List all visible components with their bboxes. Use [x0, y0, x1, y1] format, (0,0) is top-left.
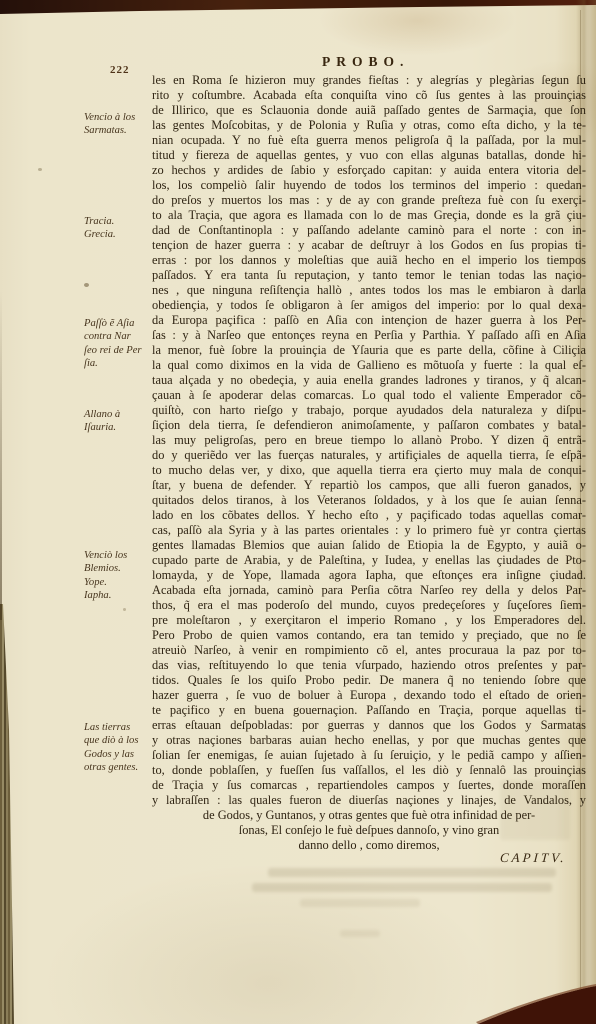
margin-note-line: Allano à	[84, 408, 150, 421]
text-line: la menor, fuè ſobre la prouinçia de Yſau…	[152, 343, 586, 358]
text-line: erras : por los dannos y moleſtias que a…	[152, 253, 586, 268]
text-line: das vias, reſtituyendo lo que tenia vſur…	[152, 658, 586, 673]
text-line: taua alçada y no obedeçia, y auia enella…	[152, 373, 586, 388]
margin-notes-column: Vencio à losSarmatas. Tracia.Grecia. Paſ…	[0, 0, 150, 1024]
text-line: erras eſtauan deſpobladas: por guerras y…	[152, 718, 586, 733]
text-line: da Europa paçifica : paſſò en Aſia con i…	[152, 313, 586, 328]
text-line: quiſtò, con harto rieſgo y trabajo, porq…	[152, 403, 586, 418]
text-line: las muy peligroſas, pero en breue tiempo…	[152, 433, 586, 448]
text-line: pre moleſtaron , y exerçitaron el imperi…	[152, 613, 586, 628]
margin-note-thrace-greece: Tracia.Grecia.	[84, 215, 150, 242]
margin-note-line: Godos y las	[84, 748, 150, 761]
margin-note-line: Sarmatas.	[84, 124, 150, 137]
margin-note-line: Venciò los	[84, 549, 150, 562]
text-line: las gentes Moſcobitas, y de Polonia y Ru…	[152, 118, 586, 133]
text-line: atreuiò Narſeo, à venir en rompimiento c…	[152, 643, 586, 658]
text-line: la qual como diximos en la vida de Galli…	[152, 358, 586, 373]
text-line: thos, q̃ era el mas poderoſo del mundo, …	[152, 598, 586, 613]
text-line: lado en los cõbates dellos. Y hecho eſto…	[152, 508, 586, 523]
margin-note-line: Tracia.	[84, 215, 150, 228]
text-line: ſonas, El conſejo le fuè deſpues dannoſo…	[152, 823, 586, 838]
margin-note-blemios: Venciò losBlemios.Yope.Iapha.	[84, 549, 150, 603]
margin-note-lands-goths: Las tierrasque diò à losGodos y lasotras…	[84, 721, 150, 775]
margin-note-line: Blemios.	[84, 562, 150, 575]
text-line: nian ocupada. Y no fuè eſta guerra menos…	[152, 133, 586, 148]
text-line: çauan à ſe apoderar delas comarcas. Lo q…	[152, 388, 586, 403]
margin-note-line: Paſſò ẽ Aſia	[84, 317, 150, 330]
text-line: y otras naçiones barbaras auian hecho en…	[152, 733, 586, 748]
text-line: to ala Traçia, que agora es llamada con …	[152, 208, 586, 223]
margin-note-asia-narseo: Paſſò ẽ Aſiacontra Narſeo rei de Perſia.	[84, 317, 150, 371]
text-line: cupado parte de Arabia, y de Paleſtina, …	[152, 553, 586, 568]
text-line: tidos. Quales ſe los quiſo Probo pedir. …	[152, 673, 586, 688]
text-line: do y queriẽdo ver las fuerças naturales,…	[152, 448, 586, 463]
text-line: to mucho delas ver, y dixo, que aquella …	[152, 463, 586, 478]
text-line: to, donde poblaſſen, y fueſſen ſus vaſſa…	[152, 763, 586, 778]
text-line: de Traçia y ſus comarcas , repartiendole…	[152, 778, 586, 793]
text-line: tençion de hazer guerra : y acabar de de…	[152, 238, 586, 253]
text-line: hazer guerra , ſe vuo de boluer à Europa…	[152, 688, 586, 703]
margin-note-isauria: Allano àIſauria.	[84, 408, 150, 435]
text-line: obediençia, y todos ſe obligaron à ſer a…	[152, 298, 586, 313]
text-line: rito y coſtumbre. Acabada eſta conquiſta…	[152, 88, 586, 103]
running-title: PROBO.	[322, 54, 409, 70]
margin-note-line: Iapha.	[84, 589, 150, 602]
body-text: les en Roma ſe hizieron muy grandes fieſ…	[152, 73, 586, 853]
margin-note-sarmatians: Vencio à losSarmatas.	[84, 111, 150, 138]
margin-note-line: ſia.	[84, 357, 150, 370]
margin-note-line: contra Nar	[84, 330, 150, 343]
margin-note-line: Vencio à los	[84, 111, 150, 124]
margin-note-line: Yope.	[84, 576, 150, 589]
text-line: les en Roma ſe hizieron muy grandes fieſ…	[152, 73, 586, 88]
text-line: de Godos, y Guntanos, y otras gentes que…	[152, 808, 586, 823]
binding-corner-bottom-right	[468, 980, 596, 1024]
text-line: y labraſſen : las quales fueron de diuer…	[152, 793, 586, 808]
text-line: nes , que ninguna reſiſtençia hallò , an…	[152, 283, 586, 298]
text-line: quitados delos tiranos, à los Veteranos …	[152, 493, 586, 508]
text-line: paſſados. Y era tanta ſu reputaçion, y t…	[152, 268, 586, 283]
text-line: cas, paſſò ala Syria y à las partes orie…	[152, 523, 586, 538]
catchword: CAPITV.	[499, 850, 567, 866]
text-line: zo hechos y ardides de ſabio y esforçado…	[152, 163, 586, 178]
margin-note-line: Iſauria.	[84, 421, 150, 434]
text-line: gentes llamadas Blemios que auian ſalido…	[152, 538, 586, 553]
book-page-scan: 222 PROBO. Vencio à losSarmatas. Tracia.…	[0, 0, 596, 1024]
text-line: Acabada eſta jornada, caminò para Perſia…	[152, 583, 586, 598]
show-through-line	[268, 868, 556, 877]
margin-note-line: Las tierras	[84, 721, 150, 734]
show-through-line	[252, 883, 552, 892]
text-line: do preſos y muertos los mas : y de ay co…	[152, 193, 586, 208]
text-line: lomayda, y de Yope, llamada agora Iapha,…	[152, 568, 586, 583]
show-through-line	[300, 899, 420, 907]
margin-note-line: que diò à los	[84, 734, 150, 747]
text-line: ſolian ſer enemigas, ſe auian ſujetado à…	[152, 748, 586, 763]
text-line: Pero Probo de quien vamos contando, era …	[152, 628, 586, 643]
text-line: los, los compeliò ſalir huyendo de todos…	[152, 178, 586, 193]
margin-note-line: otras gentes.	[84, 761, 150, 774]
margin-note-line: Grecia.	[84, 228, 150, 241]
text-line: titud y fiereza de aquellas gentes, y vu…	[152, 148, 586, 163]
text-line: dad de Conſtantinopla : y paſſando adela…	[152, 223, 586, 238]
text-line: de Illirico, que es Sclauonia donde auiã…	[152, 103, 586, 118]
margin-note-line: ſeo rei de Per	[84, 344, 150, 357]
text-line: ſas : y à Narſeo que entonçes reyna en P…	[152, 328, 586, 343]
text-line: ſiçion dela tierra, ſe defendieron animo…	[152, 418, 586, 433]
text-line: te paçifico y en buena gouernaçion. Paſſ…	[152, 703, 586, 718]
text-line: ſtar, y buena de defender. Y repartiò lo…	[152, 478, 586, 493]
show-through-line	[340, 930, 380, 937]
